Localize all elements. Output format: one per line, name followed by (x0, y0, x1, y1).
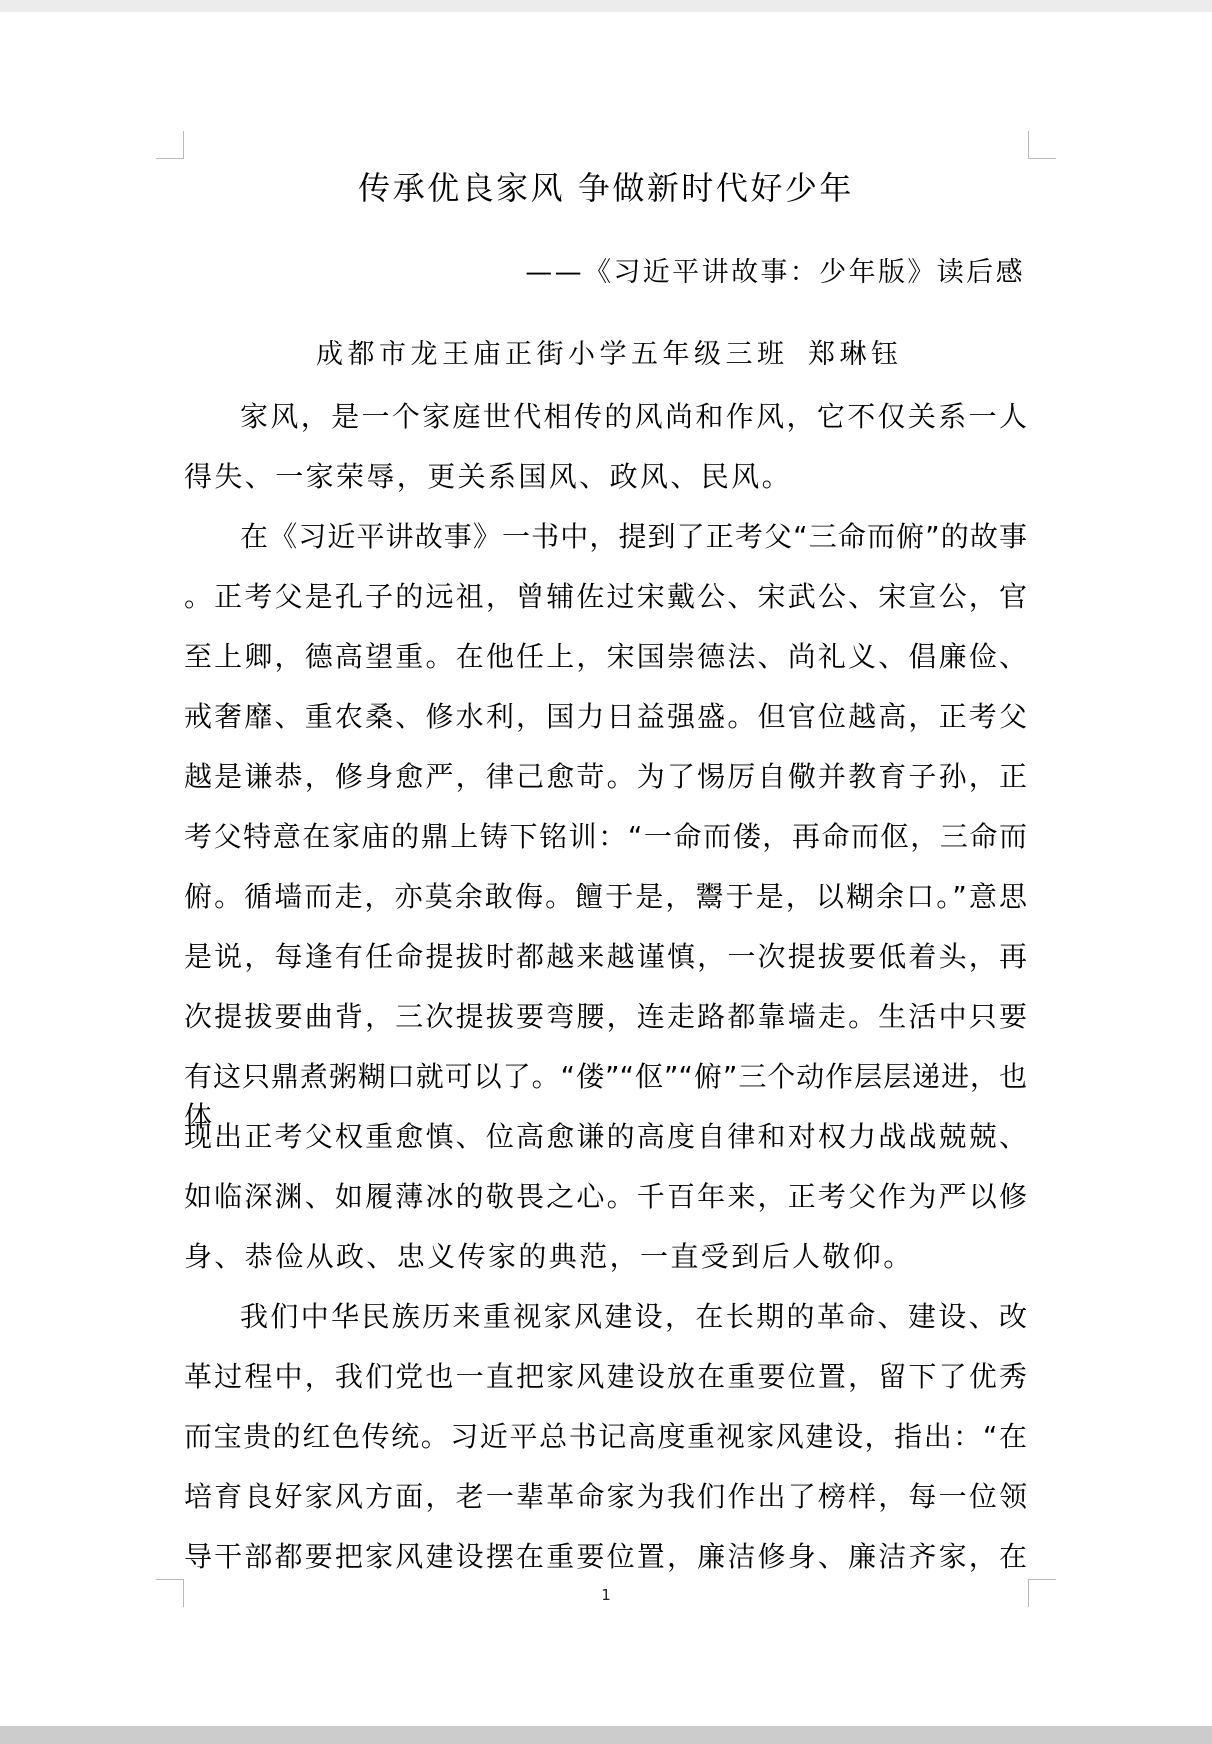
body-line: 有这只鼎煮粥糊口就可以了。“偻”“伛”“俯”三个动作层层递进，也体 (184, 1057, 1027, 1097)
margin-corner-top-right (1028, 131, 1056, 159)
body-line: 家风，是一个家庭世代相传的风尚和作风，它不仅关系一人 (240, 397, 1027, 437)
body-line: 培育良好家风方面，老一辈革命家为我们作出了榜样，每一位领 (184, 1477, 1027, 1517)
body-line: 至上卿，德高望重。在他任上，宋国崇德法、尚礼义、倡廉俭、 (184, 637, 1027, 677)
body-line: 是说，每逢有任命提拔时都越来越谨慎，一次提拔要低着头，再 (184, 937, 1027, 977)
body-line: 。正考父是孔子的远祖，曾辅佐过宋戴公、宋武公、宋宣公，官 (184, 577, 1027, 617)
body-line: 俯。循墙而走，亦莫余敢侮。饘于是，鬻于是，以糊余口。”意思 (184, 877, 1027, 917)
body-line: 而宝贵的红色传统。习近平总书记高度重视家风建设，指出：“在 (184, 1417, 1027, 1457)
body-line: 我们中华民族历来重视家风建设，在长期的革命、建设、改 (240, 1297, 1027, 1337)
viewer-bottom-bar (0, 1726, 1212, 1744)
body-line: 次提拔要曲背，三次提拔要弯腰，连走路都靠墙走。生活中只要 (184, 997, 1027, 1037)
document-title: 传承优良家风 争做新时代好少年 (0, 168, 1212, 208)
body-line: 越是谦恭，修身愈严，律己愈苛。为了惕厉自儆并教育子孙，正 (184, 757, 1027, 797)
body-line: 在《习近平讲故事》一书中，提到了正考父“三命而俯”的故事 (240, 517, 1027, 557)
body-line: 革过程中，我们党也一直把家风建设放在重要位置，留下了优秀 (184, 1357, 1027, 1397)
body-line: 身、恭俭从政、忠义传家的典范，一直受到后人敬仰。 (184, 1237, 1027, 1277)
margin-corner-top-left (156, 131, 184, 159)
document-subtitle: ——《习近平讲故事：少年版》读后感 (525, 255, 1025, 291)
author-school: 成都市龙王庙正街小学五年级三班 (316, 338, 789, 372)
viewer-top-bar (0, 0, 1212, 12)
body-line: 如临深渊、如履薄冰的敬畏之心。千百年来，正考父作为严以修 (184, 1177, 1027, 1217)
page-number: 1 (0, 1585, 1212, 1605)
body-line: 得失、一家荣辱，更关系国风、政风、民风。 (184, 457, 1027, 497)
author-name: 郑琳钰 (808, 338, 903, 372)
body-line: 考父特意在家庙的鼎上铸下铭训：“一命而偻，再命而伛，三命而 (184, 817, 1027, 857)
body-line: 现出正考父权重愈慎、位高愈谦的高度自律和对权力战战兢兢、 (184, 1117, 1027, 1157)
body-line: 导干部都要把家风建设摆在重要位置，廉洁修身、廉洁齐家，在 (184, 1537, 1027, 1577)
body-line: 戒奢靡、重农桑、修水利，国力日益强盛。但官位越高，正考父 (184, 697, 1027, 737)
